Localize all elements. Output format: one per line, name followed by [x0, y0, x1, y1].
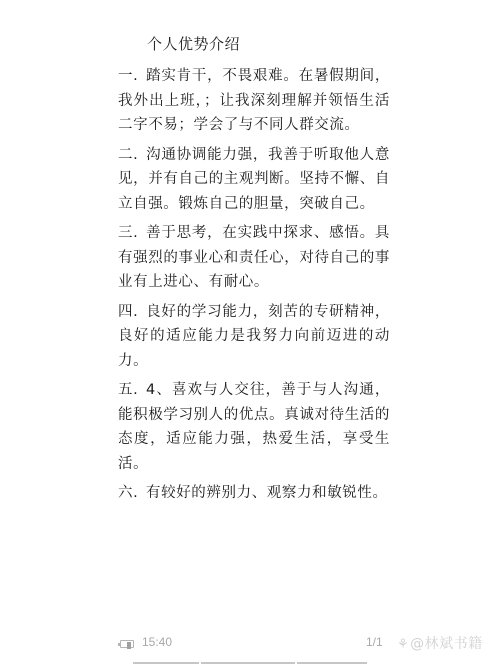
paragraph-4: 四.良好的学习能力，刻苦的专研精神，良好的适应能力是我努力向前迈进的动力。	[118, 300, 390, 374]
paragraph-3: 三.善于思考，在实践中探求、感悟。具有强烈的事业心和责任心，对待自己的事业有上进…	[118, 221, 390, 295]
paragraph-5: 五.4、喜欢与人交往，善于与人沟通，能积极学习别人的优点。真诚对待生活的态度，适…	[118, 378, 390, 476]
paragraph-number: 一.	[118, 64, 146, 89]
paragraph-text: 有较好的辨别力、观察力和敏锐性。	[146, 485, 388, 501]
reading-progress-bar[interactable]	[133, 662, 367, 664]
document-content: 一.踏实肯干，不畏艰难。在暑假期间，我外出上班，；让我深刻理解并领悟生活二字不易…	[118, 64, 390, 511]
paragraph-text: 4、喜欢与人交往，善于与人沟通，能积极学习别人的优点。真诚对待生活的态度，适应能…	[118, 382, 390, 472]
reader-status-bar: 15:40 1/1 ⚘@林斌书籍	[0, 630, 500, 656]
paragraph-number: 六.	[118, 481, 146, 506]
watermark-text: @林斌书籍	[410, 636, 483, 652]
paragraph-number: 三.	[118, 221, 146, 246]
document-title: 个人优势介绍	[147, 34, 240, 54]
page-indicator: 1/1	[366, 635, 383, 649]
paragraph-2: 二.沟通协调能力强，我善于听取他人意见，并有自己的主观判断。坚持不懈、自立自强。…	[118, 143, 390, 217]
paragraph-6: 六.有较好的辨别力、观察力和敏锐性。	[118, 481, 390, 506]
paragraph-text: 良好的学习能力，刻苦的专研精神，良好的适应能力是我努力向前迈进的动力。	[118, 304, 390, 369]
paragraph-text: 踏实肯干，不畏艰难。在暑假期间，我外出上班，；让我深刻理解并领悟生活二字不易；学…	[118, 68, 390, 133]
progress-segment	[297, 662, 367, 664]
document-page: 个人优势介绍 一.踏实肯干，不畏艰难。在暑假期间，我外出上班，；让我深刻理解并领…	[0, 0, 500, 620]
paragraph-1: 一.踏实肯干，不畏艰难。在暑假期间，我外出上班，；让我深刻理解并领悟生活二字不易…	[118, 64, 390, 138]
paragraph-number: 四.	[118, 300, 146, 325]
paragraph-number: 二.	[118, 143, 146, 168]
progress-segment	[201, 662, 295, 664]
battery-low-icon	[118, 640, 136, 649]
paragraph-number: 五.	[118, 378, 146, 403]
paragraph-text: 善于思考，在实践中探求、感悟。具有强烈的事业心和责任心，对待自己的事业有上进心、…	[118, 225, 390, 290]
clock-time: 15:40	[142, 635, 172, 649]
watermark: ⚘@林斌书籍	[397, 633, 483, 653]
progress-segment	[133, 662, 199, 664]
paragraph-text: 沟通协调能力强，我善于听取他人意见，并有自己的主观判断。坚持不懈、自立自强。锻炼…	[118, 147, 390, 212]
paw-icon: ⚘	[397, 637, 409, 652]
